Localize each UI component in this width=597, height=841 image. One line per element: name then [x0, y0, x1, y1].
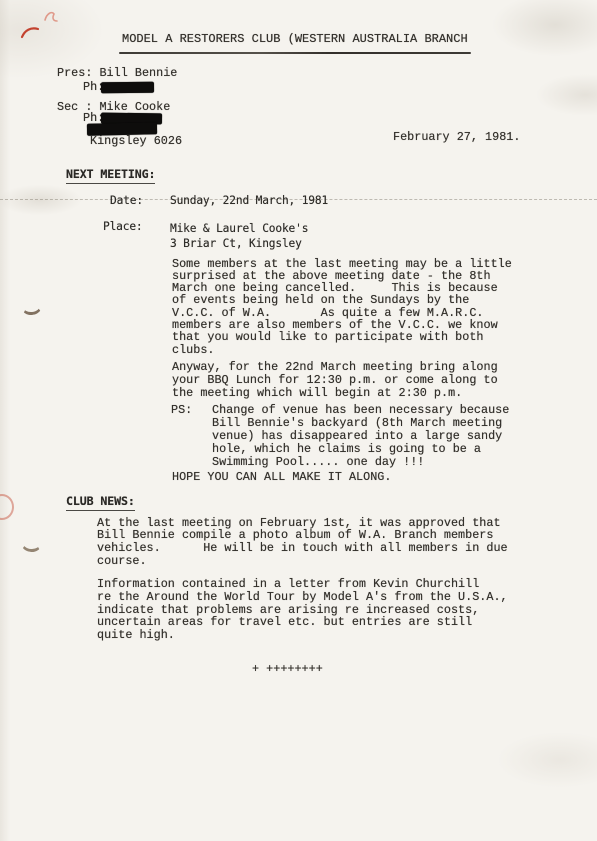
club-news-heading: CLUB NEWS: [66, 494, 135, 511]
president-line: Pres: Bill Bennie [57, 67, 177, 79]
redaction-secretary-address [87, 122, 157, 135]
place-label: Place: [103, 221, 143, 234]
meeting-paragraph-1: Some members at the last meeting may be … [172, 258, 512, 356]
club-news-paragraph-1: At the last meeting on February 1st, it … [97, 517, 508, 568]
ps-text: Change of venue has been necessary becau… [212, 404, 509, 469]
date-value: Sunday, 22nd March, 1981 [170, 195, 328, 208]
redaction-president-phone [101, 81, 154, 92]
closing-line: HOPE YOU CAN ALL MAKE IT ALONG. [172, 471, 391, 483]
letter-date: February 27, 1981. [393, 131, 520, 143]
club-title: MODEL A RESTORERS CLUB (WESTERN AUSTRALI… [122, 32, 468, 46]
suburb-line: Kingsley 6026 [90, 135, 182, 147]
paper-mark-top [20, 296, 43, 316]
date-label: Date: [110, 195, 143, 208]
red-pen-mark [12, 4, 72, 49]
separator-plusses: + ++++++++ [252, 663, 323, 675]
title-underline [119, 52, 471, 54]
secretary-line: Sec : Mike Cooke [57, 101, 170, 113]
meeting-paragraph-2: Anyway, for the 22nd March meeting bring… [172, 361, 498, 401]
next-meeting-heading: NEXT MEETING: [66, 167, 155, 184]
club-news-paragraph-2: Information contained in a letter from K… [97, 578, 508, 642]
place-value: Mike & Laurel Cooke's 3 Briar Ct, Kingsl… [170, 221, 308, 253]
ps-label: PS: [171, 404, 192, 416]
red-edge-stain [0, 494, 14, 520]
scanned-letter-page: MODEL A RESTORERS CLUB (WESTERN AUSTRALI… [0, 0, 597, 841]
paper-mark-bottom [20, 533, 42, 552]
